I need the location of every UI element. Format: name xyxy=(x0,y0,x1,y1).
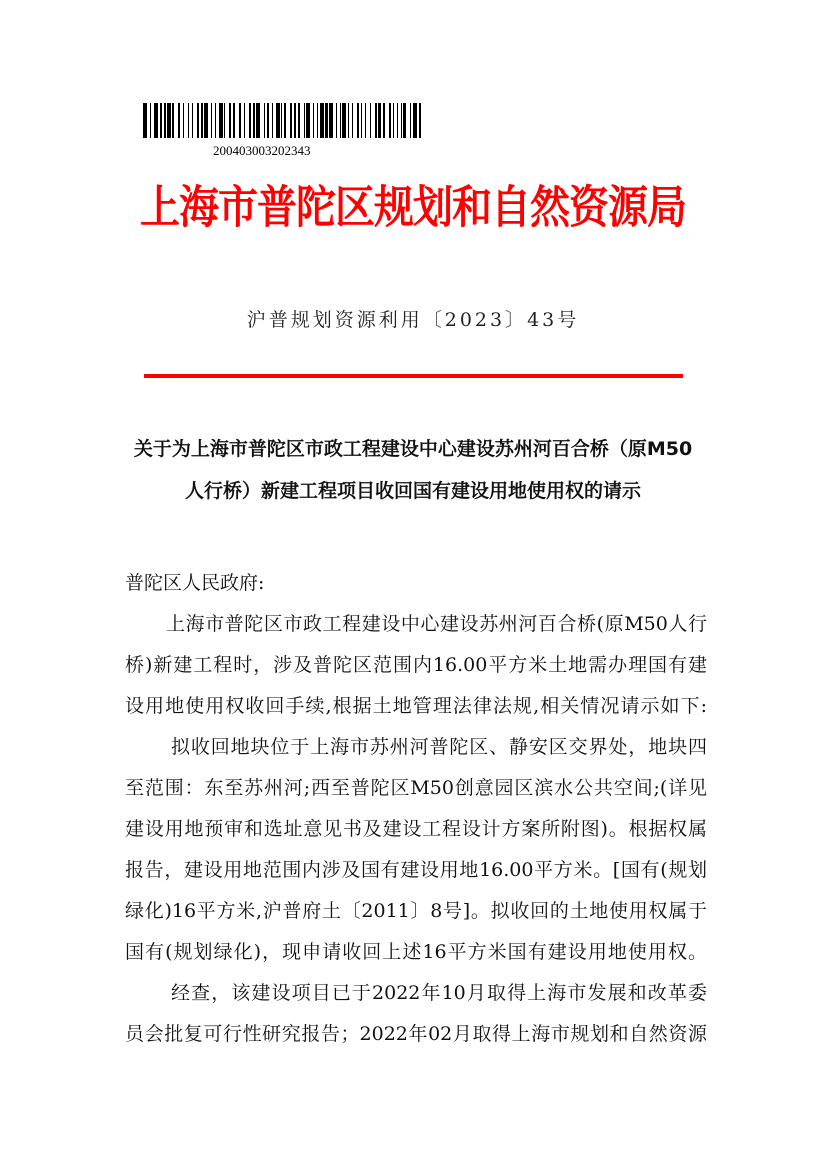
body-line: 上海市普陀区市政工程建设中心建设苏州河百合桥(原M50人行 xyxy=(125,604,707,645)
body-line: 绿化)16平方米,沪普府土〔2011〕8号]。拟收回的土地使用权属于 xyxy=(125,891,707,932)
body-line: 拟收回地块位于上海市苏州河普陀区、静安区交界处，地块四 xyxy=(125,727,707,768)
document-barcode xyxy=(143,103,422,138)
document-number: 沪普规划资源利用〔2023〕43号 xyxy=(0,305,826,332)
body-line: 至范围：东至苏州河;西至普陀区M50创意园区滨水公共空间;(详见 xyxy=(125,768,707,809)
document-body: 普陀区人民政府: 上海市普陀区市政工程建设中心建设苏州河百合桥(原M50人行 桥… xyxy=(125,563,707,1055)
barcode-number: 200403003202343 xyxy=(213,143,311,159)
body-line: 经查，该建设项目已于2022年10月取得上海市发展和改革委 xyxy=(125,973,707,1014)
red-header-divider xyxy=(144,374,683,378)
issuing-organization-title: 上海市普陀区规划和自然资源局 xyxy=(0,172,826,236)
subject-line: 人行桥）新建工程项目收回国有建设用地使用权的请示 xyxy=(120,470,706,512)
body-line: 建设用地预审和选址意见书及建设工程设计方案所附图)。根据权属 xyxy=(125,809,707,850)
body-line: 报告，建设用地范围内涉及国有建设用地16.00平方米。[国有(规划 xyxy=(125,850,707,891)
body-line: 桥)新建工程时，涉及普陀区范围内16.00平方米土地需办理国有建 xyxy=(125,645,707,686)
body-line: 国有(规划绿化)，现申请收回上述16平方米国有建设用地使用权。 xyxy=(125,932,707,973)
document-subject: 关于为上海市普陀区市政工程建设中心建设苏州河百合桥（原M50 人行桥）新建工程项… xyxy=(120,428,706,512)
subject-line: 关于为上海市普陀区市政工程建设中心建设苏州河百合桥（原M50 xyxy=(120,428,706,470)
salutation: 普陀区人民政府: xyxy=(125,563,707,604)
body-line: 员会批复可行性研究报告；2022年02月取得上海市规划和自然资源 xyxy=(125,1014,707,1055)
body-line: 设用地使用权收回手续,根据土地管理法律法规,相关情况请示如下: xyxy=(125,686,707,727)
barcode-bar xyxy=(421,103,422,138)
